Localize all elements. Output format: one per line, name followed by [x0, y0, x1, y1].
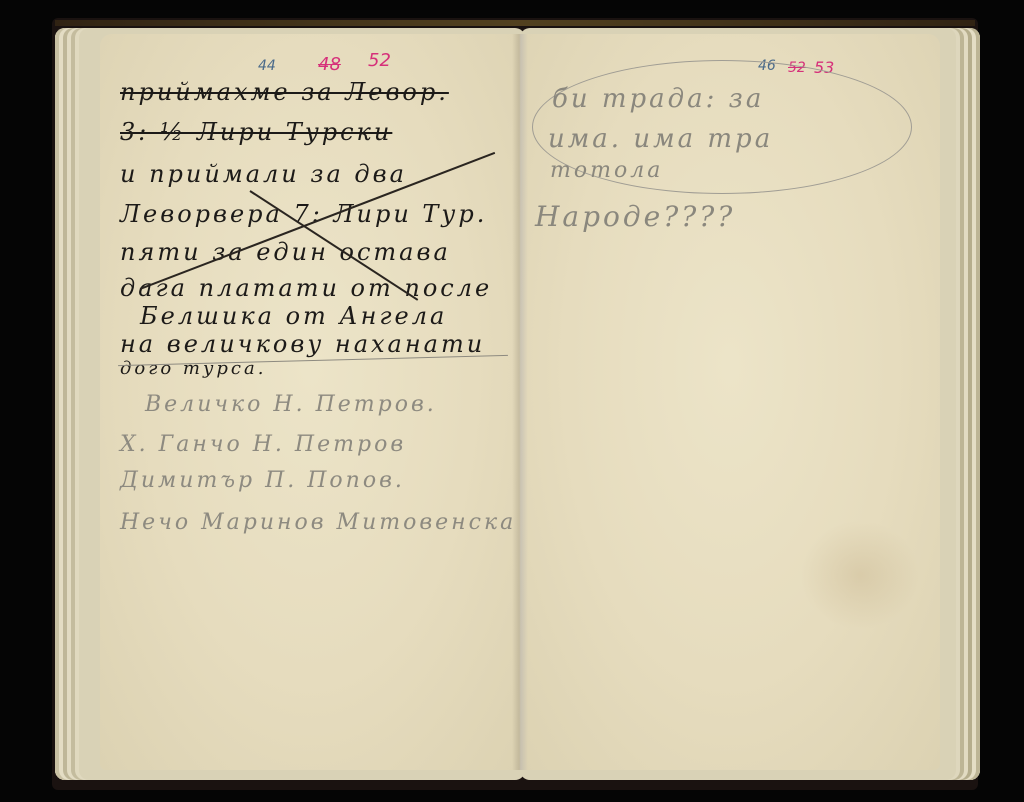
left-line-6: дага платати от после: [120, 274, 492, 302]
left-line-1: приймахме за Левор.: [120, 78, 449, 106]
left-page-number-struck: 48: [318, 54, 341, 75]
left-page-number-pencil: 44: [258, 58, 276, 74]
left-line-3: и приймали за два: [120, 160, 407, 188]
right-line-narode: Народе????: [535, 200, 735, 233]
cover-top-edge: [55, 20, 975, 26]
left-page-number: 52: [368, 50, 391, 71]
signature-line-4: Нечо Маринов Митовенска: [120, 510, 516, 535]
signature-line-2: Х. Ганчо Н. Петров: [120, 432, 406, 457]
signature-line-1: Величко Н. Петров.: [145, 392, 437, 417]
paper-stain: [800, 520, 920, 630]
book-gutter: [512, 34, 528, 770]
circled-line-3: тотола: [550, 158, 663, 183]
left-line-5: пяти за един остава: [120, 238, 451, 266]
signature-line-3: Димитър П. Попов.: [120, 468, 405, 493]
left-line-8: на величкову наханати: [120, 330, 485, 358]
left-line-7: Белшика от Ангела: [140, 302, 447, 330]
circled-line-1: би трада: за: [552, 84, 764, 114]
left-line-2: 3: ½ Лири Турски: [120, 118, 392, 146]
circled-line-2: има. има тра: [548, 124, 773, 154]
